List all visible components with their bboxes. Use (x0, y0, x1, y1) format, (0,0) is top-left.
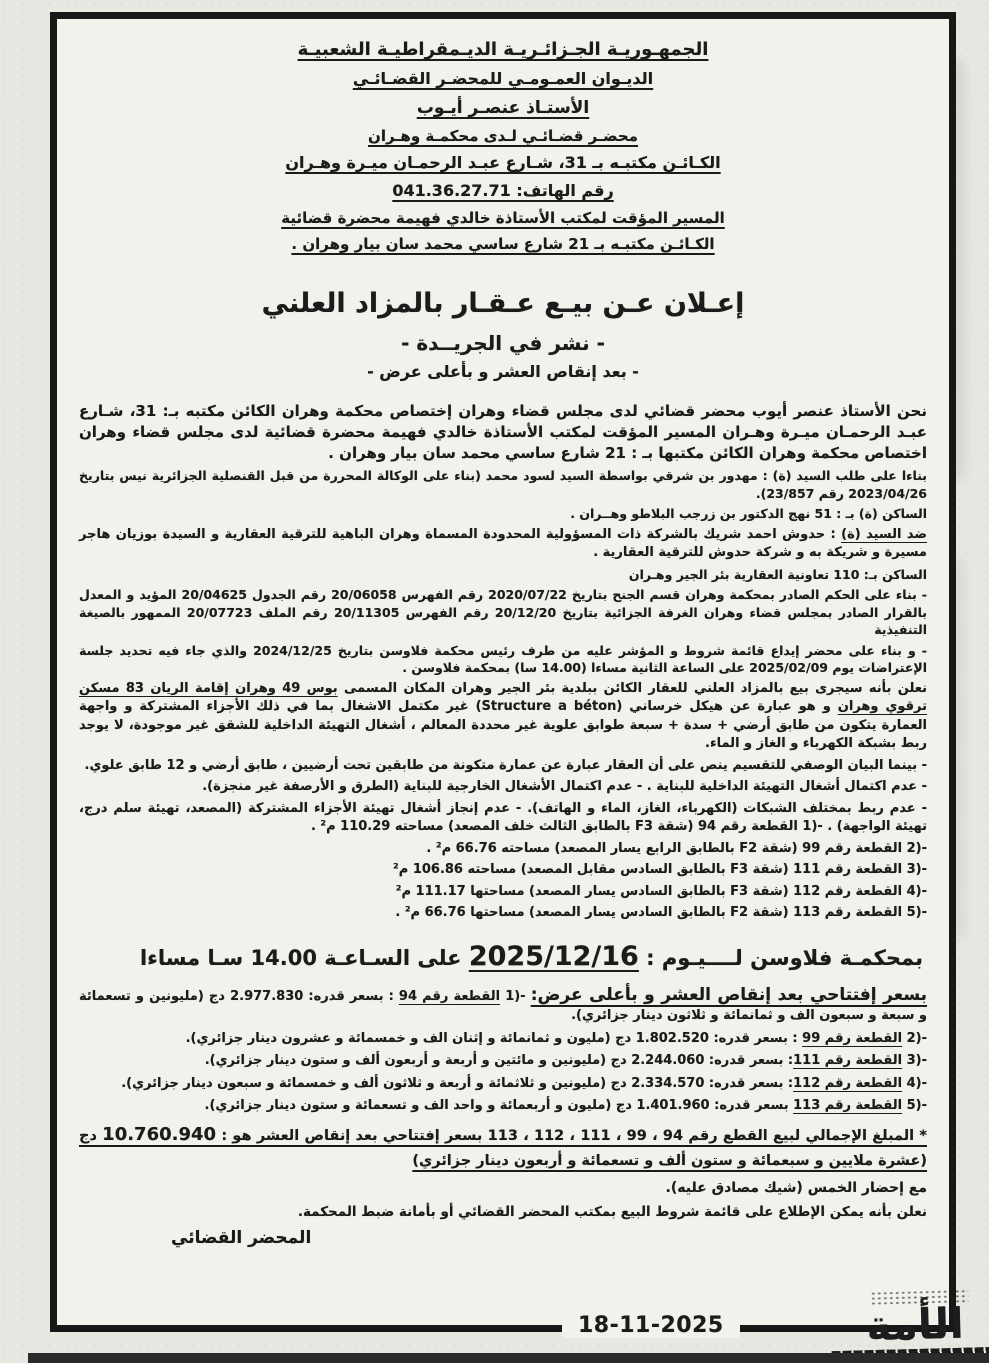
header-bailiff-name: الأستـاذ عنصـر أيـوب (79, 93, 927, 123)
bailiff-signature: المحضر القضائي (79, 1228, 927, 1248)
auction-date-line: بمحكمـة فلاوسن لــــيـوم : 2025/12/16 عل… (79, 937, 927, 978)
header-phone: رقم الهاتف: 041.36.27.71 (79, 177, 927, 205)
auction-date: 2025/12/16 (469, 941, 639, 972)
judgment-paragraph: - بناء على الحكم الصادر بمحكمة وهران قسم… (79, 586, 927, 639)
lot-99-line: 2)- القطعة رقم 99 (شقة F2 بالطابق الرابع… (79, 840, 927, 859)
lot-111-line: 3)- القطعة رقم 111 (شقة F3 بالطابق الساد… (79, 861, 927, 880)
scanned-newspaper-page: الجمهـوريـة الجـزائـريـة الديـمقراطيـة ا… (0, 0, 989, 1363)
defendant-address: الساكن بـ: 110 تعاونية العقارية بئر الجي… (79, 566, 927, 584)
requester-address: الساكن (ة) بـ : 51 نهج الدكتور بن زرجب ا… (79, 505, 927, 523)
publication-date: 18-11-2025 (562, 1313, 740, 1338)
lot-112-line: 4)- القطعة رقم 112 (شقة F3 بالطابق الساد… (79, 883, 927, 902)
newspaper-logo: الأمة (830, 1288, 989, 1359)
body-block: نحن الأستاذ عنصر أيوب محضر قضائي لدى مجل… (79, 401, 927, 923)
unfinished-works-paragraph: - عدم اكتمال أشغال التهيئة الداخلية للبن… (79, 778, 927, 797)
defendant-text: : حدوش احمد شريك بالشركة ذات المسؤولية ا… (79, 527, 927, 561)
price-lot112: 4)- القطعة رقم 112: بسعر قدره: 2.334.570… (79, 1074, 927, 1094)
auction-description-paragraph: نعلن بأنه سيجرى بيع بالمزاد العلني للعقا… (79, 680, 927, 754)
defendant-label: ضد السيد (ة) (841, 527, 927, 542)
total-amount: 10.760.940 (102, 1124, 216, 1145)
header-republic: الجمهـوريـة الجـزائـريـة الديـمقراطيـة ا… (79, 35, 927, 65)
opening-price-lot94: بسعر إفتتاحي بعد إنقاص العشر و بأعلى عرض… (79, 986, 927, 1026)
logo-text: الأمة (831, 1302, 989, 1348)
opening-price-lead: بسعر إفتتاحي بعد إنقاص العشر و بأعلى عرض… (531, 985, 927, 1005)
header-interim-manager: المسير المؤقت لمكتب الأستاذة خالدي فهيمة… (79, 205, 927, 231)
intro-paragraph: نحن الأستاذ عنصر أيوب محضر قضائي لدى مجل… (79, 401, 927, 464)
page-bottom-rule (28, 1353, 989, 1363)
announcement-frame: الجمهـوريـة الجـزائـريـة الديـمقراطيـة ا… (50, 12, 956, 1332)
announcement-title: إعـلان عـن بيـع عـقـار بالمزاد العلني (79, 285, 927, 323)
consultation-note: نعلن بأنه يمكن الإطلاع على قائمة شروط ال… (79, 1202, 927, 1222)
header-interim-address: الكـائـن مكتبـه بـ 21 شارع ساسي محمد سان… (79, 231, 927, 257)
title-block: إعـلان عـن بيـع عـقـار بالمزاد العلني - … (79, 285, 927, 385)
header-bailiff-role: محضـر قضـائـي لـدى محكمـة وهـران (79, 123, 927, 149)
total-amount-paragraph: * المبلغ الإجمالي لبيع القطع رقم 94 ، 99… (79, 1122, 927, 1174)
networks-lot94-paragraph: - عدم ربط بمختلف الشبكات (الكهرباء، الغا… (79, 800, 927, 837)
price-lot99: 2)- القطعة رقم 99 : بسعر قدره: 1.802.520… (79, 1029, 927, 1049)
tenth-reduction-note: - بعد إنقاص العشر و بأعلى عرض - (79, 359, 927, 385)
request-paragraph: بناءا على طلب السيد (ة) : مهدور بن شرقي … (79, 467, 927, 502)
header-office-address: الكـائـن مكتبـه بـ 31، شـارع عبـد الرحمـ… (79, 149, 927, 177)
deposit-cheque-line: مع إحضار الخمس (شيك مصادق عليه). (79, 1178, 927, 1199)
deposit-report-paragraph: - و بناء على محضر إيداع قائمة شروط و الم… (79, 642, 927, 677)
prices-block: بسعر إفتتاحي بعد إنقاص العشر و بأعلى عرض… (79, 986, 927, 1116)
descriptive-statement-paragraph: - بينما البيان الوصفي للتقسيم ينص على أن… (79, 757, 927, 776)
published-note: - نشر في الجريــدة - (79, 327, 927, 359)
price-lot111: 3)- القطعة رقم 111: بسعر قدره: 2.244.060… (79, 1051, 927, 1071)
defendant-paragraph: ضد السيد (ة) : حدوش احمد شريك بالشركة ذا… (79, 526, 927, 563)
price-lot113: 5)- القطعة رقم 113 بسعر قدره: 1.401.960 … (79, 1096, 927, 1116)
header-public-office: الديـوان العمـومـي للمحضـر القضـائـي (79, 65, 927, 93)
lot-113-line: 5)- القطعة رقم 113 (شقة F2 بالطابق الساد… (79, 904, 927, 923)
